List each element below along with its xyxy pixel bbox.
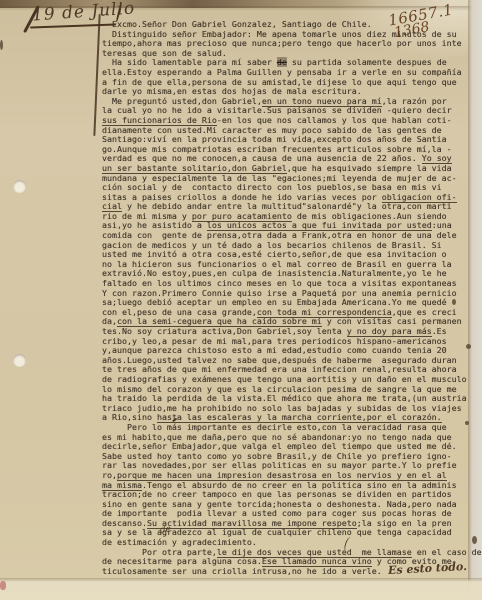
ink-margin-stroke <box>93 14 100 136</box>
punch-hole-top <box>13 180 26 193</box>
paper-speck <box>472 536 477 544</box>
handwritten-insertion: de <box>159 524 171 535</box>
paper-stain <box>0 581 6 590</box>
paper-speck <box>0 40 3 50</box>
letter-body: Excmo.Señor Don Gabriel Gonzalez, Santia… <box>102 20 478 576</box>
letter-scan: 19 de Julio 16657.1 1368 Excmo.Señor Don… <box>0 0 482 600</box>
paper-speck <box>465 421 469 425</box>
paper-bottom-edge <box>0 578 482 600</box>
paper-speck <box>452 299 456 305</box>
punch-hole-bottom <box>13 354 26 367</box>
paper-speck <box>466 344 471 349</box>
